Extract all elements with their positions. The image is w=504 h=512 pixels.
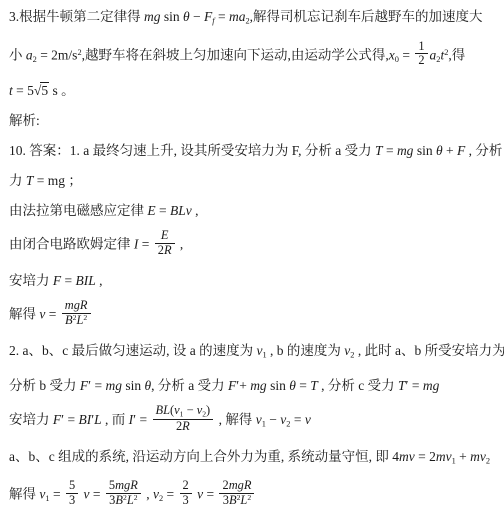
text-line: 力 T = mg ； xyxy=(9,171,496,190)
text-segment: = xyxy=(45,307,59,322)
fraction: BL(v1 − v2)2R xyxy=(153,404,214,434)
fraction-denominator: 2R xyxy=(155,244,175,258)
text-segment: , 而 xyxy=(102,412,129,427)
fraction: 23 xyxy=(180,479,192,508)
text-line: 由闭合电路欧姆定律 I = E2R , xyxy=(9,231,496,260)
text-segment: v xyxy=(194,487,203,502)
radicand: 5 xyxy=(40,82,49,98)
text-segment: mv xyxy=(470,449,486,464)
text-segment: 由法拉第电磁感应定律 xyxy=(9,203,147,218)
text-segment: = xyxy=(203,487,217,502)
fraction-numerator: BL(v1 − v2) xyxy=(153,404,214,420)
text-segment: 小 xyxy=(9,47,26,62)
square-root: √5 xyxy=(34,83,49,98)
fraction: 53 xyxy=(66,479,78,508)
text-segment: L xyxy=(127,493,134,507)
text-segment: , xyxy=(192,203,199,218)
text-segment: 解析: xyxy=(9,113,40,128)
text-segment: θ xyxy=(183,9,190,24)
text-segment: = xyxy=(90,487,104,502)
fraction: 12 xyxy=(415,40,427,69)
physics-solution-document: 3.根据牛顿第二定律得 mg sin θ − Ff = ma2,解得司机忘记刹车… xyxy=(0,0,504,512)
text-segment: 3 xyxy=(69,493,75,507)
text-line: 分析 b 受力 F′ = mg sin θ, 分析 a 受力 F′+ mg si… xyxy=(9,376,496,395)
fraction-denominator: B2L2 xyxy=(62,314,91,328)
text-segment: 2 xyxy=(183,478,189,492)
text-segment: 安培力 xyxy=(9,273,53,288)
text-segment: = 5 xyxy=(13,83,34,98)
text-segment: = xyxy=(215,9,229,24)
text-segment: E xyxy=(161,228,169,242)
text-segment: 4 xyxy=(392,449,399,464)
text-segment: = xyxy=(163,487,177,502)
text-segment: v xyxy=(305,412,311,427)
text-segment: = xyxy=(383,143,397,158)
fraction-denominator: 2R xyxy=(153,420,214,434)
text-segment: , b 的速度为 xyxy=(267,343,345,358)
text-segment: , 分析 c 受力 xyxy=(318,378,398,393)
text-segment: mgR xyxy=(115,478,138,492)
text-segment: mgR xyxy=(229,478,252,492)
fraction: mgRB2L2 xyxy=(62,299,91,328)
fraction-denominator: 3B2L2 xyxy=(106,494,141,508)
text-segment: 解得 xyxy=(9,487,39,502)
fraction-numerator: 5mgR xyxy=(106,479,141,494)
text-segment: , 解得 xyxy=(215,412,256,427)
text-segment: B xyxy=(115,493,123,507)
text-segment: BLv xyxy=(170,203,192,218)
text-segment: B xyxy=(229,493,237,507)
text-segment: + xyxy=(456,449,470,464)
text-segment: mgR xyxy=(65,298,88,312)
fraction-numerator: 2mgR xyxy=(219,479,254,494)
text-segment: 安培力 xyxy=(9,412,53,427)
text-segment: BIL xyxy=(76,273,96,288)
text-segment: mv xyxy=(436,449,452,464)
text-segment: − xyxy=(183,403,196,417)
text-segment: 力 xyxy=(9,173,26,188)
text-segment: mg xyxy=(397,143,414,158)
text-segment: T xyxy=(375,143,383,158)
fraction-numerator: 2 xyxy=(180,479,192,494)
text-line: 解得 v1 = 53 v = 5mgR3B2L2 , v2 = 23 v = 2… xyxy=(9,481,496,510)
text-segment: ′+ xyxy=(236,378,250,393)
text-line: 小 a2 = 2m/s2,越野车将在斜坡上匀加速向下运动,由运动学公式得,x0 … xyxy=(9,42,496,71)
text-segment: 3 xyxy=(183,493,189,507)
text-segment: F xyxy=(457,143,465,158)
text-segment: 解得 xyxy=(9,307,39,322)
fraction: 5mgR3B2L2 xyxy=(106,479,141,508)
text-segment: − xyxy=(190,9,204,24)
text-segment: mv xyxy=(399,449,415,464)
text-segment: ′ = xyxy=(133,412,150,427)
text-segment: 分析 b 受力 xyxy=(9,378,80,393)
text-segment: ma xyxy=(229,9,246,24)
text-segment: θ xyxy=(289,378,296,393)
text-line: 2. a、b、c 最后做匀速运动, 设 a 的速度为 v1 , b 的速度为 v… xyxy=(9,341,496,365)
text-segment: = 2 xyxy=(415,449,436,464)
text-segment: s xyxy=(49,83,58,98)
text-segment: ) xyxy=(206,403,210,417)
text-segment: mg xyxy=(105,378,122,393)
text-segment: mg xyxy=(250,378,267,393)
text-segment: 1 xyxy=(418,39,424,53)
text-segment: ,解得司机忘记刹车后越野车的加速度大 xyxy=(250,9,483,24)
text-line: 解得 v = mgRB2L2 xyxy=(9,301,496,330)
text-segment: = xyxy=(138,237,152,252)
fraction: E2R xyxy=(155,229,175,258)
text-line: a、b、c 组成的系统, 沿运动方向上合外力为重, 系统动量守恒, 即 4mv … xyxy=(9,447,496,471)
text-segment: θ xyxy=(436,143,443,158)
text-segment: , 分析 c 受 xyxy=(465,143,504,158)
text-segment: 3.根据牛顿第二定律得 xyxy=(9,9,144,24)
text-segment: − xyxy=(266,412,280,427)
text-segment: 5 xyxy=(69,478,75,492)
text-segment: = xyxy=(156,203,170,218)
text-segment: ,越野车将在斜坡上匀加速向下运动,由运动学公式得, xyxy=(82,47,389,62)
text-segment: = mg xyxy=(33,173,65,188)
text-segment: sin xyxy=(267,378,290,393)
text-line: t = 5√5 s 。 xyxy=(9,81,496,100)
text-segment: = 2m/s xyxy=(37,47,78,62)
fraction-denominator: 2 xyxy=(415,54,427,68)
text-segment: a、b、c 组成的系统, 沿运动方向上合外力为重, 系统动量守恒, 即 xyxy=(9,449,392,464)
text-segment: = xyxy=(61,273,75,288)
text-segment: F xyxy=(80,378,88,393)
text-segment: 2 xyxy=(486,456,490,465)
text-segment: 。 xyxy=(58,83,75,98)
text-segment: , xyxy=(96,273,103,288)
text-segment: mg xyxy=(423,378,440,393)
fraction-denominator: 3 xyxy=(66,494,78,508)
text-segment: 2 xyxy=(418,53,424,67)
text-segment: , 分析 a 受力 xyxy=(151,378,228,393)
text-segment: ′ = xyxy=(88,378,105,393)
text-line: 解析: xyxy=(9,111,496,130)
fraction-numerator: E xyxy=(155,229,175,244)
document-content: 3.根据牛顿第二定律得 mg sin θ − Ff = ma2,解得司机忘记刹车… xyxy=(9,7,496,510)
text-segment: ,得 xyxy=(448,47,465,62)
text-line: 安培力 F′ = BI′L , 而 I′ = BL(v1 − v2)2R , 解… xyxy=(9,406,496,436)
fraction-numerator: 5 xyxy=(66,479,78,494)
text-segment: a xyxy=(26,47,33,62)
fraction-denominator: 3 xyxy=(180,494,192,508)
text-line: 10. 答案：1. a 最终匀速上升, 设其所受安培力为 F, 分析 a 受力 … xyxy=(9,141,496,160)
text-segment: = xyxy=(399,47,413,62)
text-segment: mg xyxy=(144,9,161,24)
fraction-numerator: 1 xyxy=(415,40,427,55)
text-segment: v xyxy=(80,487,89,502)
text-segment: F xyxy=(228,378,236,393)
text-segment: 10. 答案：1. a 最终匀速上升, 设其所受安培力为 F, 分析 a 受力 xyxy=(9,143,375,158)
text-line: 由法拉第电磁感应定律 E = BLv , xyxy=(9,201,496,220)
text-segment: BI xyxy=(78,412,91,427)
text-segment: ； xyxy=(65,173,82,188)
text-line: 3.根据牛顿第二定律得 mg sin θ − Ff = ma2,解得司机忘记刹车… xyxy=(9,7,496,31)
text-segment: 2 xyxy=(83,313,87,322)
text-segment: T xyxy=(398,378,406,393)
text-segment: , xyxy=(143,487,153,502)
text-segment: F xyxy=(53,412,61,427)
text-segment: R xyxy=(182,419,190,433)
text-segment: BL xyxy=(156,403,170,417)
text-segment: B xyxy=(65,313,73,327)
fraction-numerator: mgR xyxy=(62,299,91,314)
text-line: 安培力 F = BIL , xyxy=(9,271,496,290)
text-segment: E xyxy=(147,203,155,218)
fraction: 2mgR3B2L2 xyxy=(219,479,254,508)
text-segment: ′ = xyxy=(61,412,78,427)
text-segment: , 此时 a、b 所受安培力为 xyxy=(354,343,504,358)
text-segment: T xyxy=(310,378,318,393)
text-segment: = xyxy=(296,378,310,393)
text-segment: sin xyxy=(161,9,184,24)
text-segment: 2 xyxy=(247,493,251,502)
text-segment: L xyxy=(94,412,102,427)
text-segment: R xyxy=(164,243,172,257)
text-segment: 由闭合电路欧姆定律 xyxy=(9,237,134,252)
text-segment: 2. a、b、c 最后做匀速运动, 设 a 的速度为 xyxy=(9,343,256,358)
text-segment: , xyxy=(177,237,184,252)
text-segment: 2 xyxy=(134,493,138,502)
text-segment: sin xyxy=(122,378,145,393)
fraction-denominator: 3B2L2 xyxy=(219,494,254,508)
text-segment: = xyxy=(290,412,304,427)
text-segment: = xyxy=(50,487,64,502)
text-segment: F xyxy=(53,273,61,288)
text-segment: sin xyxy=(413,143,436,158)
text-segment: ′ = xyxy=(406,378,423,393)
text-segment: + xyxy=(443,143,457,158)
